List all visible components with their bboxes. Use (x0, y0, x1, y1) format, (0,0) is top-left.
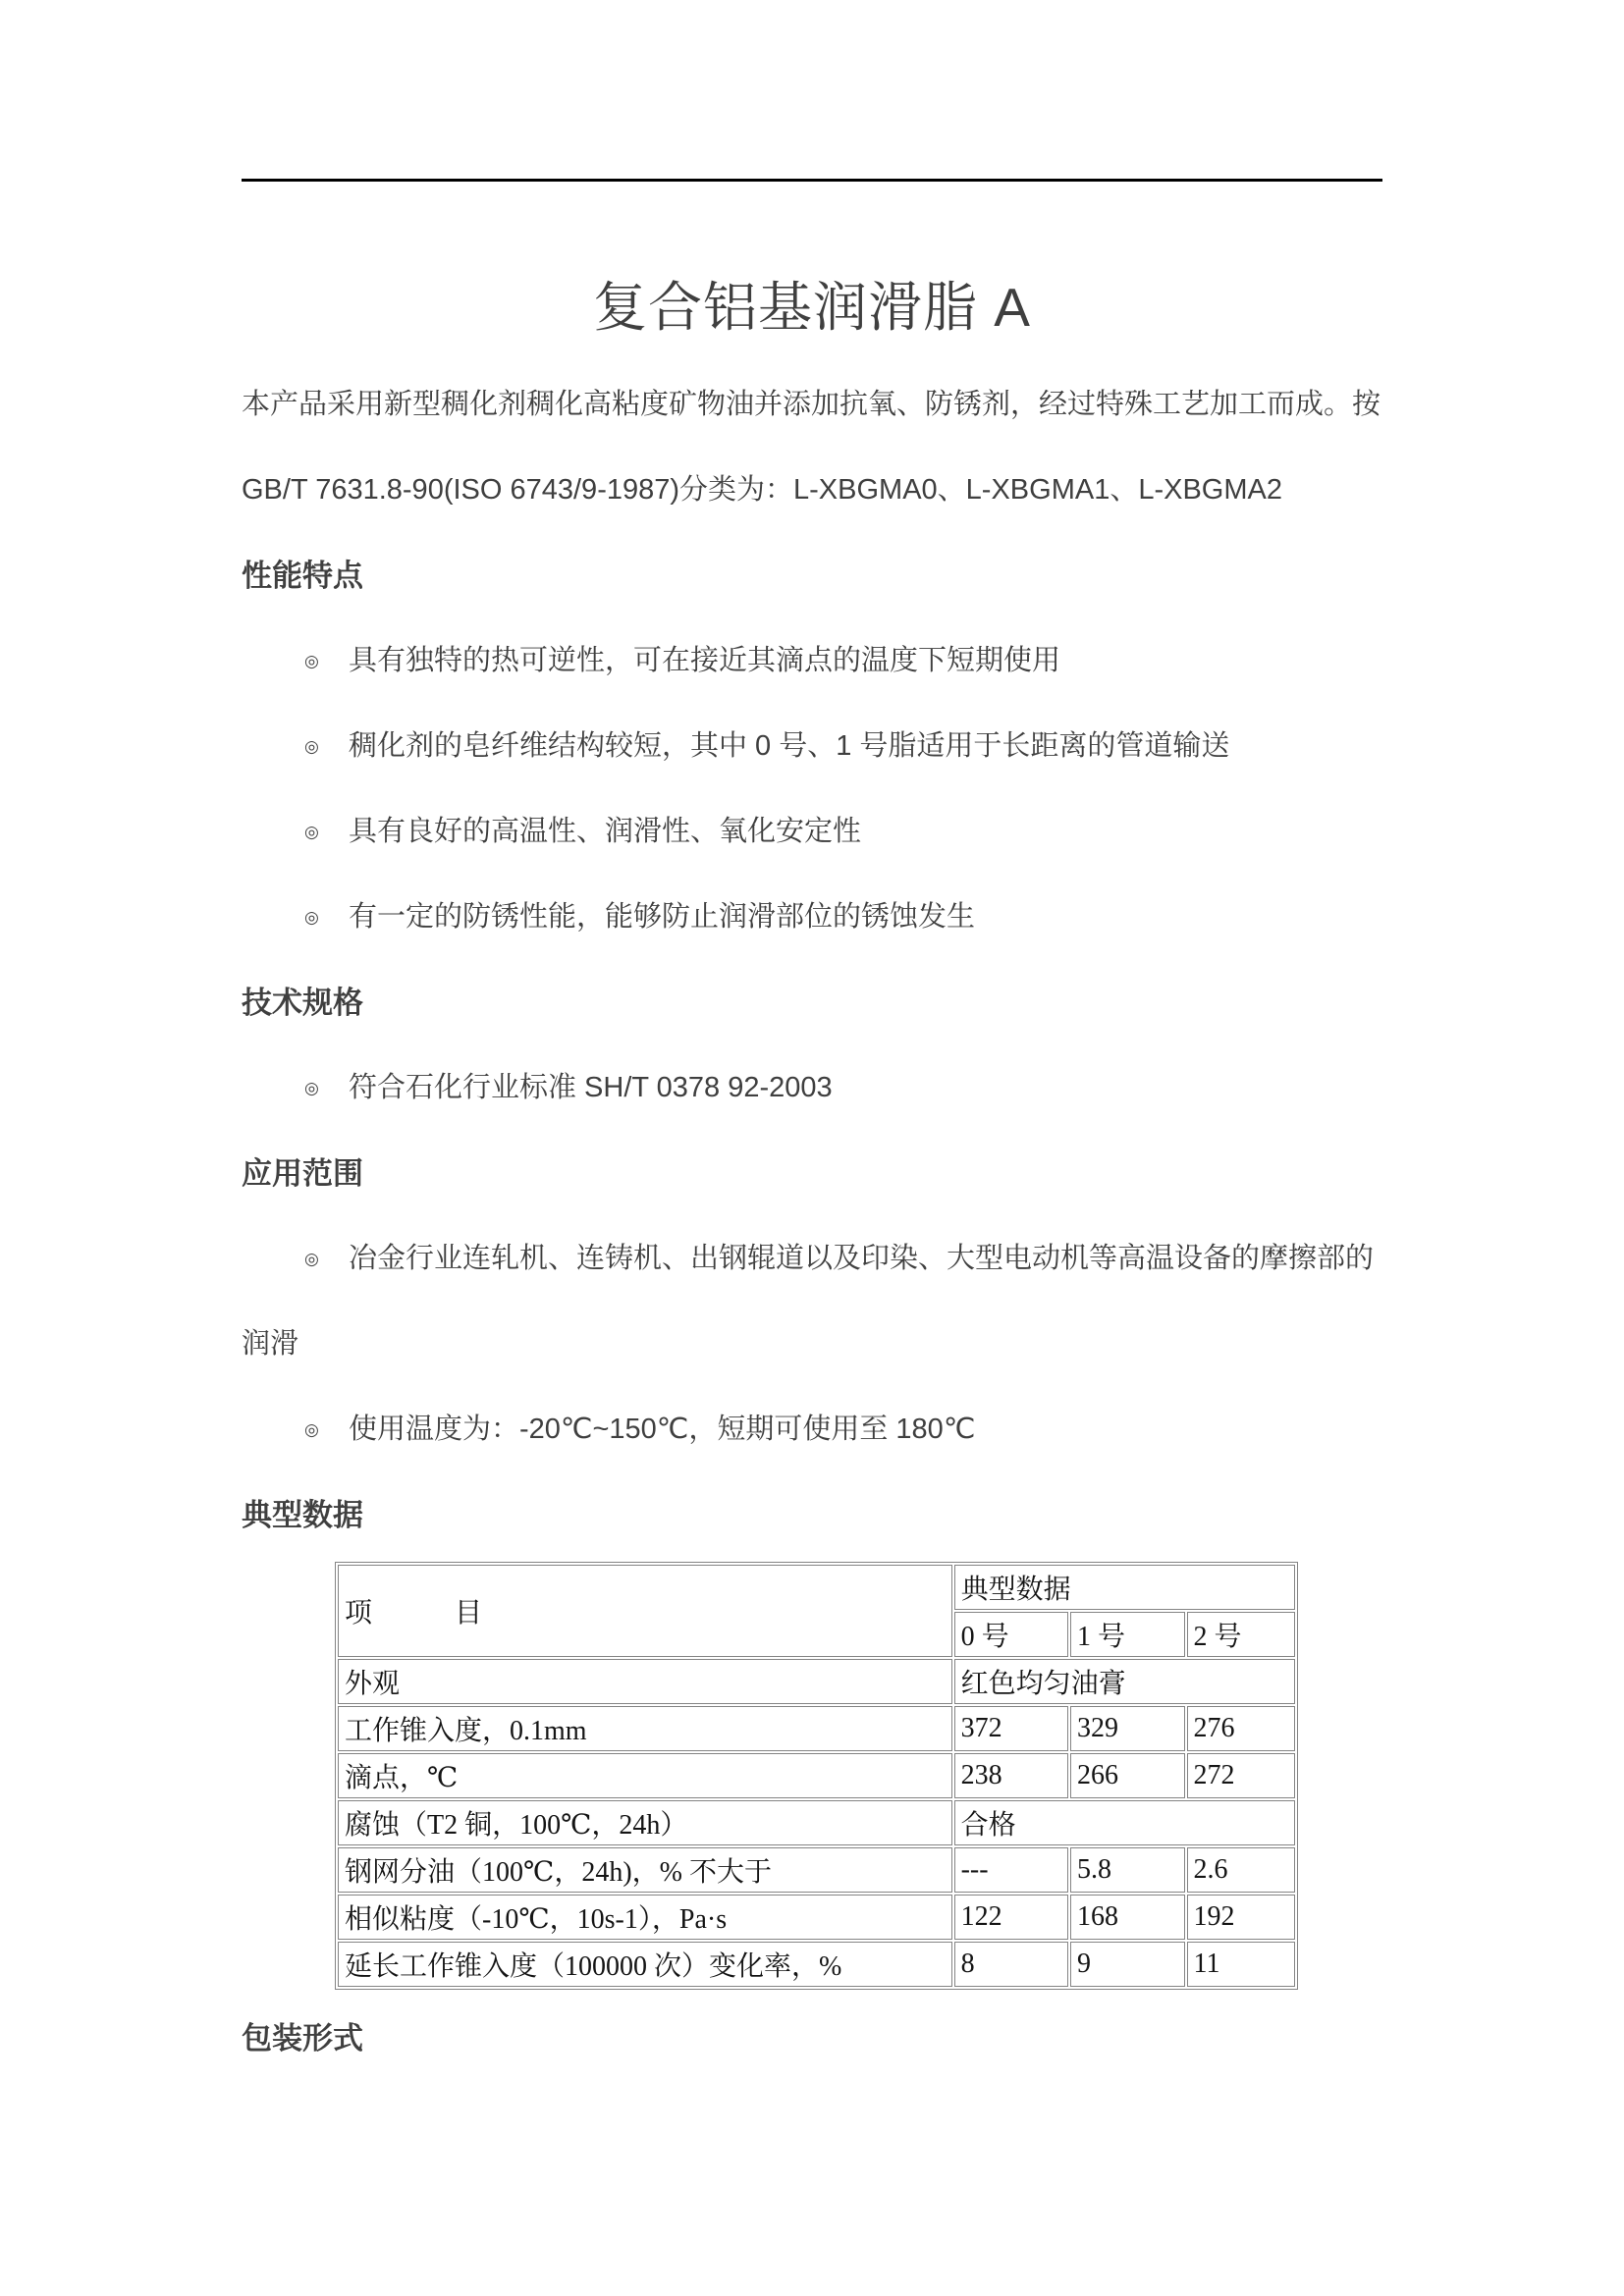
bullet-item: ◎稠化剂的皂纤维结构较短，其中 0 号、1 号脂适用于长距离的管道输送 (242, 704, 1382, 789)
table-cell-value: 11 (1187, 1942, 1295, 1987)
intro-line-1: 本产品采用新型稠化剂稠化高粘度矿物油并添加抗氧、防锈剂，经过特殊工艺加工而成。按 (242, 362, 1382, 448)
typical-data-table: 项 目 典型数据 0 号 1 号 2 号 外观 红色均匀油膏 工作锥入度，0.1… (335, 1562, 1298, 1990)
bullet-text: 冶金行业连轧机、连铸机、出钢辊道以及印染、大型电动机等高温设备的摩擦部的 (349, 1243, 1374, 1274)
table-row-span-value: 红色均匀油膏 (954, 1659, 1295, 1704)
bullet-text: 使用温度为：-20℃~150℃，短期可使用至 180℃ (349, 1414, 975, 1445)
table-grade-1-cell: 1 号 (1070, 1612, 1184, 1657)
bullet-text: 有一定的防锈性能，能够防止润滑部位的锈蚀发生 (349, 901, 975, 933)
bullet-item: ◎冶金行业连轧机、连铸机、出钢辊道以及印染、大型电动机等高温设备的摩擦部的 (242, 1216, 1382, 1302)
section-heading-features: 性能特点 (242, 533, 1382, 618)
table-cell-value: 8 (954, 1942, 1068, 1987)
table-row-prolonged-penetration: 延长工作锥入度（100000 次）变化率，% 8 9 11 (338, 1942, 1295, 1987)
bullet-item: ◎有一定的防锈性能，能够防止润滑部位的锈蚀发生 (242, 875, 1382, 960)
table-cell-value: 266 (1070, 1753, 1184, 1798)
table-grade-0-cell: 0 号 (954, 1612, 1068, 1657)
section-heading-typical-data: 典型数据 (242, 1472, 1382, 1558)
table-row-label: 钢网分油（100℃，24h)，% 不大于 (338, 1847, 952, 1893)
section-heading-application: 应用范围 (242, 1131, 1382, 1216)
table-cell-value: 168 (1070, 1895, 1184, 1940)
bullet-item: ◎具有良好的高温性、润滑性、氧化安定性 (242, 789, 1382, 875)
bullet-text: 符合石化行业标准 SH/T 0378 92-2003 (349, 1072, 833, 1103)
table-cell-value: 276 (1187, 1706, 1295, 1751)
table-cell-value: 329 (1070, 1706, 1184, 1751)
table-row-label: 工作锥入度，0.1mm (338, 1706, 952, 1751)
section-heading-specs: 技术规格 (242, 960, 1382, 1045)
bullet-item: ◎使用温度为：-20℃~150℃，短期可使用至 180℃ (242, 1387, 1382, 1472)
table-row-drop-point: 滴点，℃ 238 266 272 (338, 1753, 1295, 1798)
section-heading-packaging: 包装形式 (242, 1996, 1382, 2081)
table-row-appearance: 外观 红色均匀油膏 (338, 1659, 1295, 1704)
table-header-group-cell: 典型数据 (954, 1565, 1295, 1610)
table-row-corrosion: 腐蚀（T2 铜，100℃，24h） 合格 (338, 1800, 1295, 1845)
bullet-marker-icon: ◎ (304, 704, 349, 789)
table-cell-value: 5.8 (1070, 1847, 1184, 1893)
table-row-viscosity: 相似粘度（-10℃，10s-1），Pa·s 122 168 192 (338, 1895, 1295, 1940)
table-header-row: 项 目 典型数据 (338, 1565, 1295, 1610)
page-title: 复合铝基润滑脂 A (242, 268, 1382, 347)
bullet-text: 稠化剂的皂纤维结构较短，其中 0 号、1 号脂适用于长距离的管道输送 (349, 730, 1229, 762)
bullet-item: ◎具有独特的热可逆性，可在接近其滴点的温度下短期使用 (242, 618, 1382, 704)
table-cell-value: 192 (1187, 1895, 1295, 1940)
table-row-label: 相似粘度（-10℃，10s-1），Pa·s (338, 1895, 952, 1940)
bullet-text: 具有独特的热可逆性，可在接近其滴点的温度下短期使用 (349, 645, 1060, 676)
table-cell-value: 9 (1070, 1942, 1184, 1987)
bullet-marker-icon: ◎ (304, 618, 349, 704)
table-row-penetration: 工作锥入度，0.1mm 372 329 276 (338, 1706, 1295, 1751)
bullet-marker-icon: ◎ (304, 789, 349, 875)
table-row-label: 外观 (338, 1659, 952, 1704)
document-content: 复合铝基润滑脂 A 本产品采用新型稠化剂稠化高粘度矿物油并添加抗氧、防锈剂，经过… (0, 179, 1624, 2081)
table-cell-value: 272 (1187, 1753, 1295, 1798)
table-cell-value: 122 (954, 1895, 1068, 1940)
table-row-oil-separation: 钢网分油（100℃，24h)，% 不大于 --- 5.8 2.6 (338, 1847, 1295, 1893)
table-row-label: 延长工作锥入度（100000 次）变化率，% (338, 1942, 952, 1987)
table-row-label: 滴点，℃ (338, 1753, 952, 1798)
bullet-marker-icon: ◎ (304, 1045, 349, 1131)
table-cell-value: 2.6 (1187, 1847, 1295, 1893)
header-rule (242, 179, 1382, 182)
table-grade-2-cell: 2 号 (1187, 1612, 1295, 1657)
bullet-marker-icon: ◎ (304, 1387, 349, 1472)
table-cell-value: 238 (954, 1753, 1068, 1798)
intro-line-2: GB/T 7631.8-90(ISO 6743/9-1987)分类为：L-XBG… (242, 448, 1382, 533)
table-row-span-value: 合格 (954, 1800, 1295, 1845)
document-page: 复合铝基润滑脂 A 本产品采用新型稠化剂稠化高粘度矿物油并添加抗氧、防锈剂，经过… (0, 0, 1624, 2296)
table-header-item-cell: 项 目 (338, 1565, 952, 1657)
bullet-marker-icon: ◎ (304, 875, 349, 960)
table-row-label: 腐蚀（T2 铜，100℃，24h） (338, 1800, 952, 1845)
bullet-text: 具有良好的高温性、润滑性、氧化安定性 (349, 816, 861, 847)
bullet-item: ◎符合石化行业标准 SH/T 0378 92-2003 (242, 1045, 1382, 1131)
table-cell-value: --- (954, 1847, 1068, 1893)
bullet-marker-icon: ◎ (304, 1216, 349, 1302)
bullet-continuation-line: 润滑 (242, 1302, 1382, 1387)
table-cell-value: 372 (954, 1706, 1068, 1751)
